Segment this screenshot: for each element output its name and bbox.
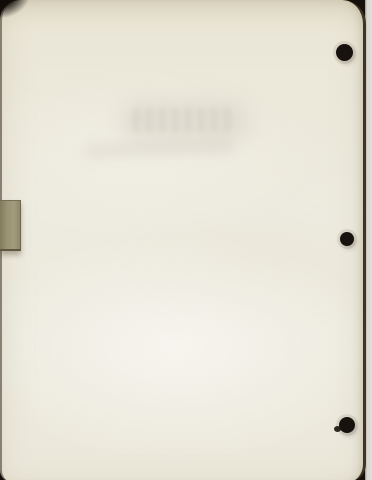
hole-punch (339, 417, 355, 433)
scan-edge-strip (365, 0, 372, 480)
paper-page (0, 0, 366, 480)
paper-smudge (84, 139, 234, 157)
hole-punch (336, 44, 353, 61)
side-tab (0, 200, 21, 251)
scan-canvas (0, 0, 372, 480)
ghost-text-impression (130, 108, 236, 132)
hole-punch (340, 232, 354, 246)
